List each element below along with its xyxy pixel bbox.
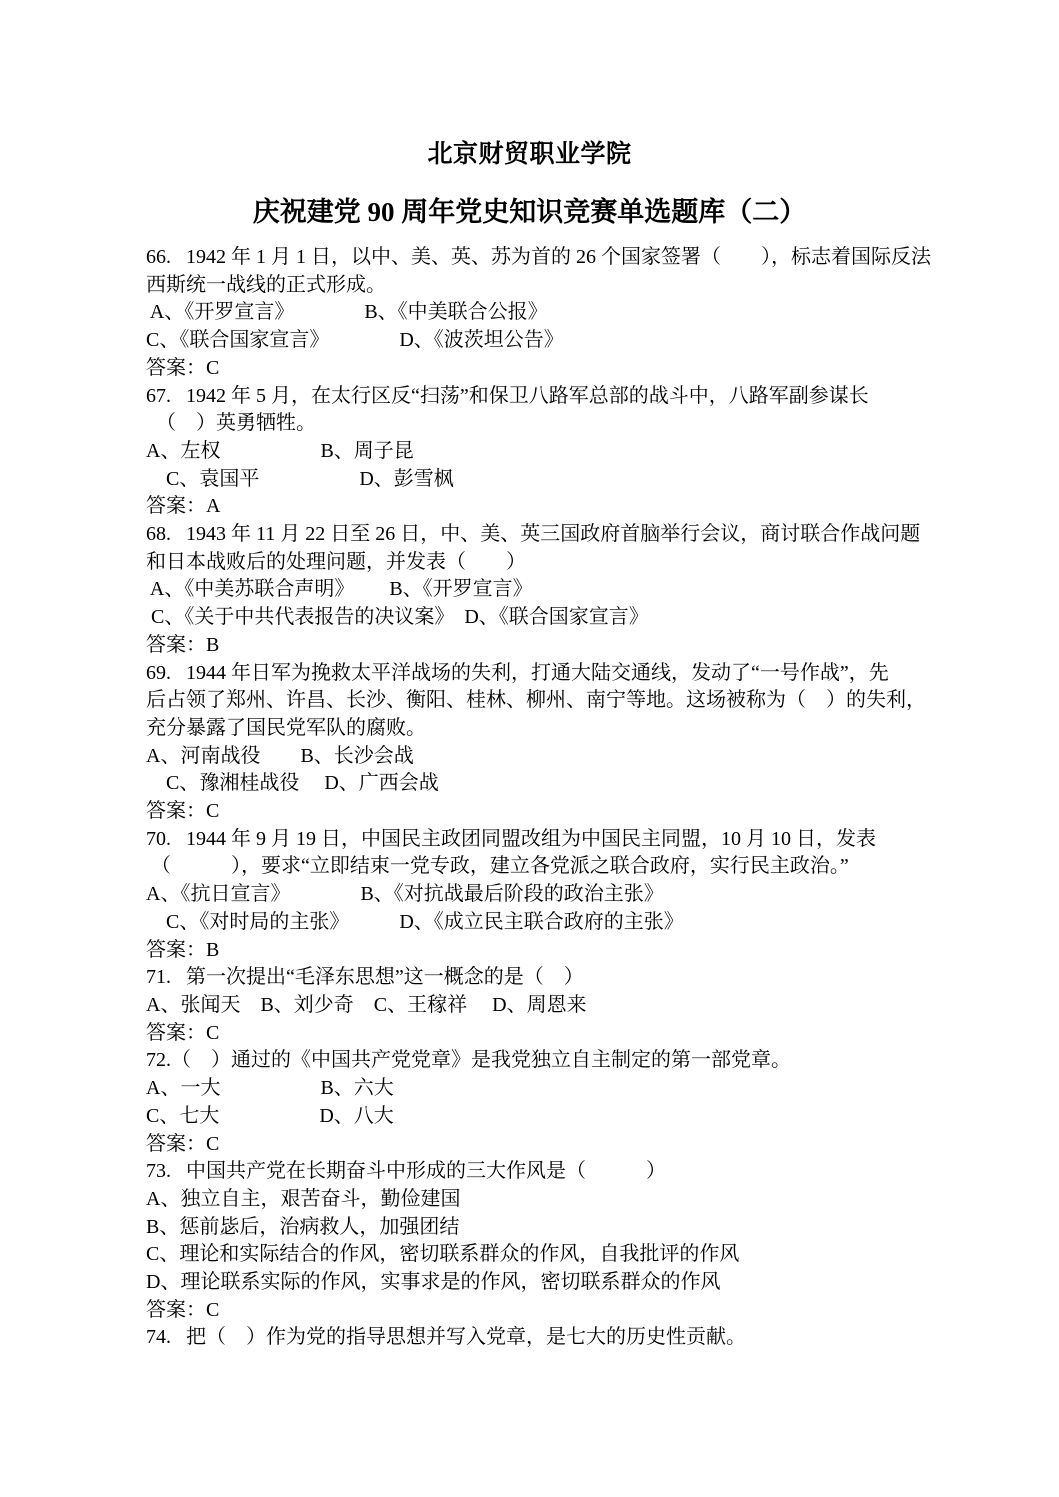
question-69-stem-line-3: 充分暴露了国民党军队的腐败。 [146,715,944,743]
question-74-stem-line-1: 74. 把（ ）作为党的指导思想并写入党章，是七大的历史性贡献。 [146,1324,944,1352]
question-68-options-cd: C、《关于中共代表报告的决议案》 D、《联合国家宣言》 [146,604,944,632]
question-70: 70. 1944 年 9 月 19 日，中国民主政团同盟改组为中国民主同盟，10… [146,826,944,965]
question-73-option-c: C、理论和实际结合的作风，密切联系群众的作风，自我批评的作风 [146,1241,944,1269]
question-67-options-cd: C、袁国平 D、彭雪枫 [146,466,944,494]
question-70-stem-line-1: 70. 1944 年 9 月 19 日，中国民主政团同盟改组为中国民主同盟，10… [146,826,944,854]
question-66-stem-line-2: 西斯统一战线的正式形成。 [146,272,944,300]
question-70-options-ab: A、《抗日宣言》 B、《对抗战最后阶段的政治主张》 [146,881,944,909]
question-68-stem-line-2: 和日本战败后的处理问题，并发表（ ） [146,549,944,577]
question-70-stem-line-2: （ ），要求“立即结束一党专政，建立各党派之联合政府，实行民主政治。” [146,853,944,881]
question-73-option-b: B、惩前毖后，治病救人，加强团结 [146,1214,944,1242]
question-73-stem-line-1: 73. 中国共产党在长期奋斗中形成的三大作风是（ ） [146,1158,944,1186]
question-71-options-abcd: A、张闻天 B、刘少奇 C、王稼祥 D、周恩来 [146,992,944,1020]
question-73: 73. 中国共产党在长期奋斗中形成的三大作风是（ ） A、独立自主，艰苦奋斗，勤… [146,1158,944,1324]
question-66: 66. 1942 年 1 月 1 日，以中、美、英、苏为首的 26 个国家签署（… [146,244,944,383]
question-68-answer: 答案：B [146,632,944,660]
question-69-stem-line-1: 69. 1944 年日军为挽救太平洋战场的失利，打通大陆交通线，发动了“一号作战… [146,660,944,688]
question-67: 67. 1942 年 5 月，在太行区反“扫荡”和保卫八路军总部的战斗中，八路军… [146,383,944,522]
question-71-answer: 答案：C [146,1020,944,1048]
question-70-options-cd: C、《对时局的主张》 D、《成立民主联合政府的主张》 [146,909,944,937]
document-page: 北京财贸职业学院 庆祝建党 90 周年党史知识竞赛单选题库（二） 66. 194… [0,0,1059,1497]
question-list: 66. 1942 年 1 月 1 日，以中、美、英、苏为首的 26 个国家签署（… [146,244,944,1352]
document-subtitle: 庆祝建党 90 周年党史知识竞赛单选题库（二） [0,196,1059,228]
question-69-options-cd: C、豫湘桂战役 D、广西会战 [146,770,944,798]
question-72-options-cd: C、七大 D、八大 [146,1103,944,1131]
question-67-stem-line-2: （ ）英勇牺牲。 [146,410,944,438]
question-68-options-ab: A、《中美苏联合声明》 B、《开罗宣言》 [146,576,944,604]
question-71: 71. 第一次提出“毛泽东思想”这一概念的是（ ） A、张闻天 B、刘少奇 C、… [146,964,944,1047]
document-title: 北京财贸职业学院 [0,0,1059,168]
question-73-answer: 答案：C [146,1297,944,1325]
question-67-options-ab: A、左权 B、周子昆 [146,438,944,466]
question-66-stem-line-1: 66. 1942 年 1 月 1 日，以中、美、英、苏为首的 26 个国家签署（… [146,244,944,272]
question-74: 74. 把（ ）作为党的指导思想并写入党章，是七大的历史性贡献。 [146,1324,944,1352]
question-67-answer: 答案：A [146,493,944,521]
question-72: 72.（ ）通过的《中国共产党党章》是我党独立自主制定的第一部党章。 A、一大 … [146,1047,944,1158]
question-72-answer: 答案：C [146,1131,944,1159]
question-69-options-ab: A、河南战役 B、长沙会战 [146,743,944,771]
question-72-options-ab: A、一大 B、六大 [146,1075,944,1103]
question-66-answer: 答案：C [146,355,944,383]
question-73-option-d: D、理论联系实际的作风，实事求是的作风，密切联系群众的作风 [146,1269,944,1297]
question-72-stem-line-1: 72.（ ）通过的《中国共产党党章》是我党独立自主制定的第一部党章。 [146,1047,944,1075]
question-66-options-ab: A、《开罗宣言》 B、《中美联合公报》 [146,299,944,327]
question-69-answer: 答案：C [146,798,944,826]
question-68: 68. 1943 年 11 月 22 日至 26 日，中、美、英三国政府首脑举行… [146,521,944,660]
question-68-stem-line-1: 68. 1943 年 11 月 22 日至 26 日，中、美、英三国政府首脑举行… [146,521,944,549]
question-67-stem-line-1: 67. 1942 年 5 月，在太行区反“扫荡”和保卫八路军总部的战斗中，八路军… [146,383,944,411]
question-69-stem-line-2: 后占领了郑州、许昌、长沙、衡阳、桂林、柳州、南宁等地。这场被称为（ ）的失利， [146,687,944,715]
question-73-option-a: A、独立自主，艰苦奋斗，勤俭建国 [146,1186,944,1214]
question-70-answer: 答案：B [146,937,944,965]
question-66-options-cd: C、《联合国家宣言》 D、《波茨坦公告》 [146,327,944,355]
question-69: 69. 1944 年日军为挽救太平洋战场的失利，打通大陆交通线，发动了“一号作战… [146,660,944,826]
question-71-stem-line-1: 71. 第一次提出“毛泽东思想”这一概念的是（ ） [146,964,944,992]
